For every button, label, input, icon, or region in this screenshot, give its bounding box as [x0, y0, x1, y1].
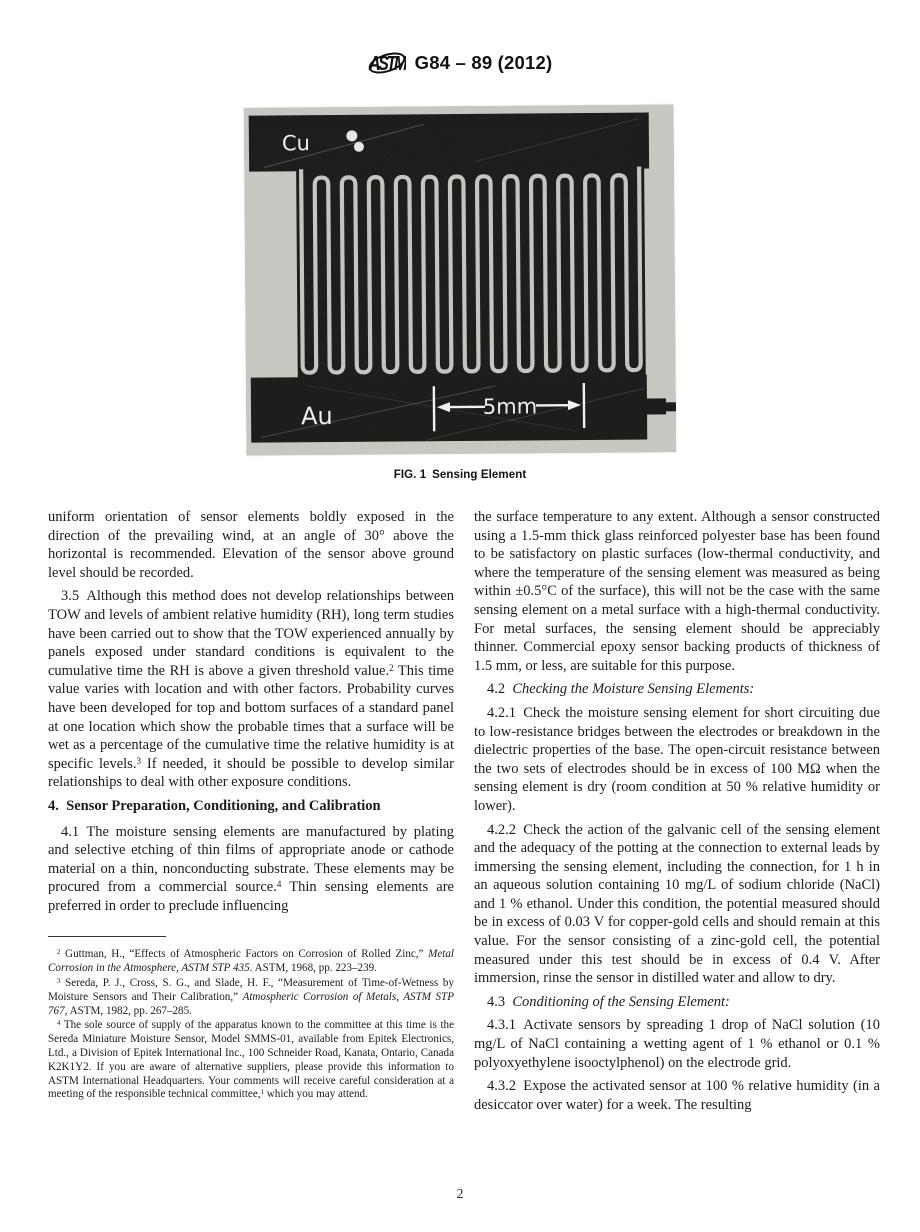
text-run: 4.2.2 Check the action of the galvanic c… — [474, 822, 880, 987]
footnote-reference: 2 — [57, 949, 60, 956]
page-number: 2 — [457, 1186, 464, 1201]
paragraph-4-3-1: 4.3.1 Activate sensors by spreading 1 dr… — [474, 1016, 880, 1072]
paragraph-4-2-1: 4.2.1 Check the moisture sensing element… — [474, 704, 880, 816]
text-run: , ASTM, 1982, pp. 267–285. — [65, 1005, 192, 1017]
footnote-reference: 1 — [261, 1089, 264, 1096]
text-run: The sole source of supply of the apparat… — [48, 1019, 454, 1100]
left-column-text: uniform orientation of sensor elements b… — [48, 508, 454, 915]
text-run: Checking the Moisture Sensing Elements: — [512, 681, 754, 697]
text-run: Guttman, H., “Effects of Atmospheric Fac… — [60, 948, 428, 960]
page-footer: 2 — [0, 1186, 920, 1202]
text-run: which you may attend. — [264, 1088, 368, 1100]
astm-logo-icon: ASTM — [368, 44, 406, 82]
figure-caption: FIG. 1 Sensing Element — [0, 469, 920, 481]
document-page: ASTM G84 – 89 (2012) — [0, 0, 920, 1232]
paragraph-4-2-2: 4.2.2 Check the action of the galvanic c… — [474, 821, 880, 988]
right-column-text: the surface temperature to any extent. A… — [474, 508, 880, 1114]
right-column: the surface temperature to any extent. A… — [474, 508, 880, 1114]
page-header: ASTM G84 – 89 (2012) — [0, 0, 920, 82]
footnote-reference: 3 — [57, 978, 60, 985]
text-run: Conditioning of the Sensing Element: — [512, 994, 729, 1010]
text-run: 4. Sensor Preparation, Conditioning, and… — [48, 798, 381, 814]
sensing-element-photo: Cu Au 5mm — [244, 104, 677, 455]
section-4-3-heading: 4.3 Conditioning of the Sensing Element: — [474, 993, 880, 1012]
paragraph-4-1: 4.1 The moisture sensing elements are ma… — [48, 823, 454, 916]
paragraph-3-5: 3.5 Although this method does not develo… — [48, 587, 454, 792]
section-4-heading: 4. Sensor Preparation, Conditioning, and… — [48, 797, 454, 816]
text-run: the surface temperature to any extent. A… — [474, 509, 880, 674]
paragraph-4-1-continuation: the surface temperature to any extent. A… — [474, 508, 880, 675]
text-run: uniform orientation of sensor elements b… — [48, 509, 454, 581]
text-run: . ASTM, 1968, pp. 223–239. — [250, 962, 377, 974]
paragraph-4-3-2: 4.3.2 Expose the activated sensor at 100… — [474, 1077, 880, 1114]
footnote-rule — [48, 936, 166, 937]
text-run: 4.3.2 Expose the activated sensor at 100… — [474, 1078, 880, 1113]
photo-grain — [244, 104, 677, 455]
footnote-reference: 4 — [57, 1020, 60, 1027]
footnote-2: 2 Guttman, H., “Effects of Atmospheric F… — [48, 948, 454, 976]
footnote-reference: 4 — [277, 879, 282, 889]
left-column: uniform orientation of sensor elements b… — [48, 508, 454, 1114]
text-run: 4.2.1 Check the moisture sensing element… — [474, 705, 880, 814]
footnote-reference: 3 — [136, 756, 141, 766]
footnote-reference: 2 — [389, 663, 394, 673]
body-columns: uniform orientation of sensor elements b… — [0, 481, 920, 1114]
paragraph-3-4-continuation: uniform orientation of sensor elements b… — [48, 508, 454, 582]
section-4-2-heading: 4.2 Checking the Moisture Sensing Elemen… — [474, 680, 880, 699]
figure-1: Cu Au 5mm FIG. 1 Sensing Element — [0, 106, 920, 481]
footnote-3: 3 Sereda, P. J., Cross, S. G., and Slade… — [48, 977, 454, 1018]
text-run: 4.2 — [487, 681, 512, 697]
standard-designation: G84 – 89 (2012) — [415, 52, 553, 74]
text-run: 4.3 — [487, 994, 512, 1010]
text-run: 4.3.1 Activate sensors by spreading 1 dr… — [474, 1017, 880, 1070]
footnote-4: 4 The sole source of supply of the appar… — [48, 1019, 454, 1102]
footnotes: 2 Guttman, H., “Effects of Atmospheric F… — [48, 948, 454, 1102]
